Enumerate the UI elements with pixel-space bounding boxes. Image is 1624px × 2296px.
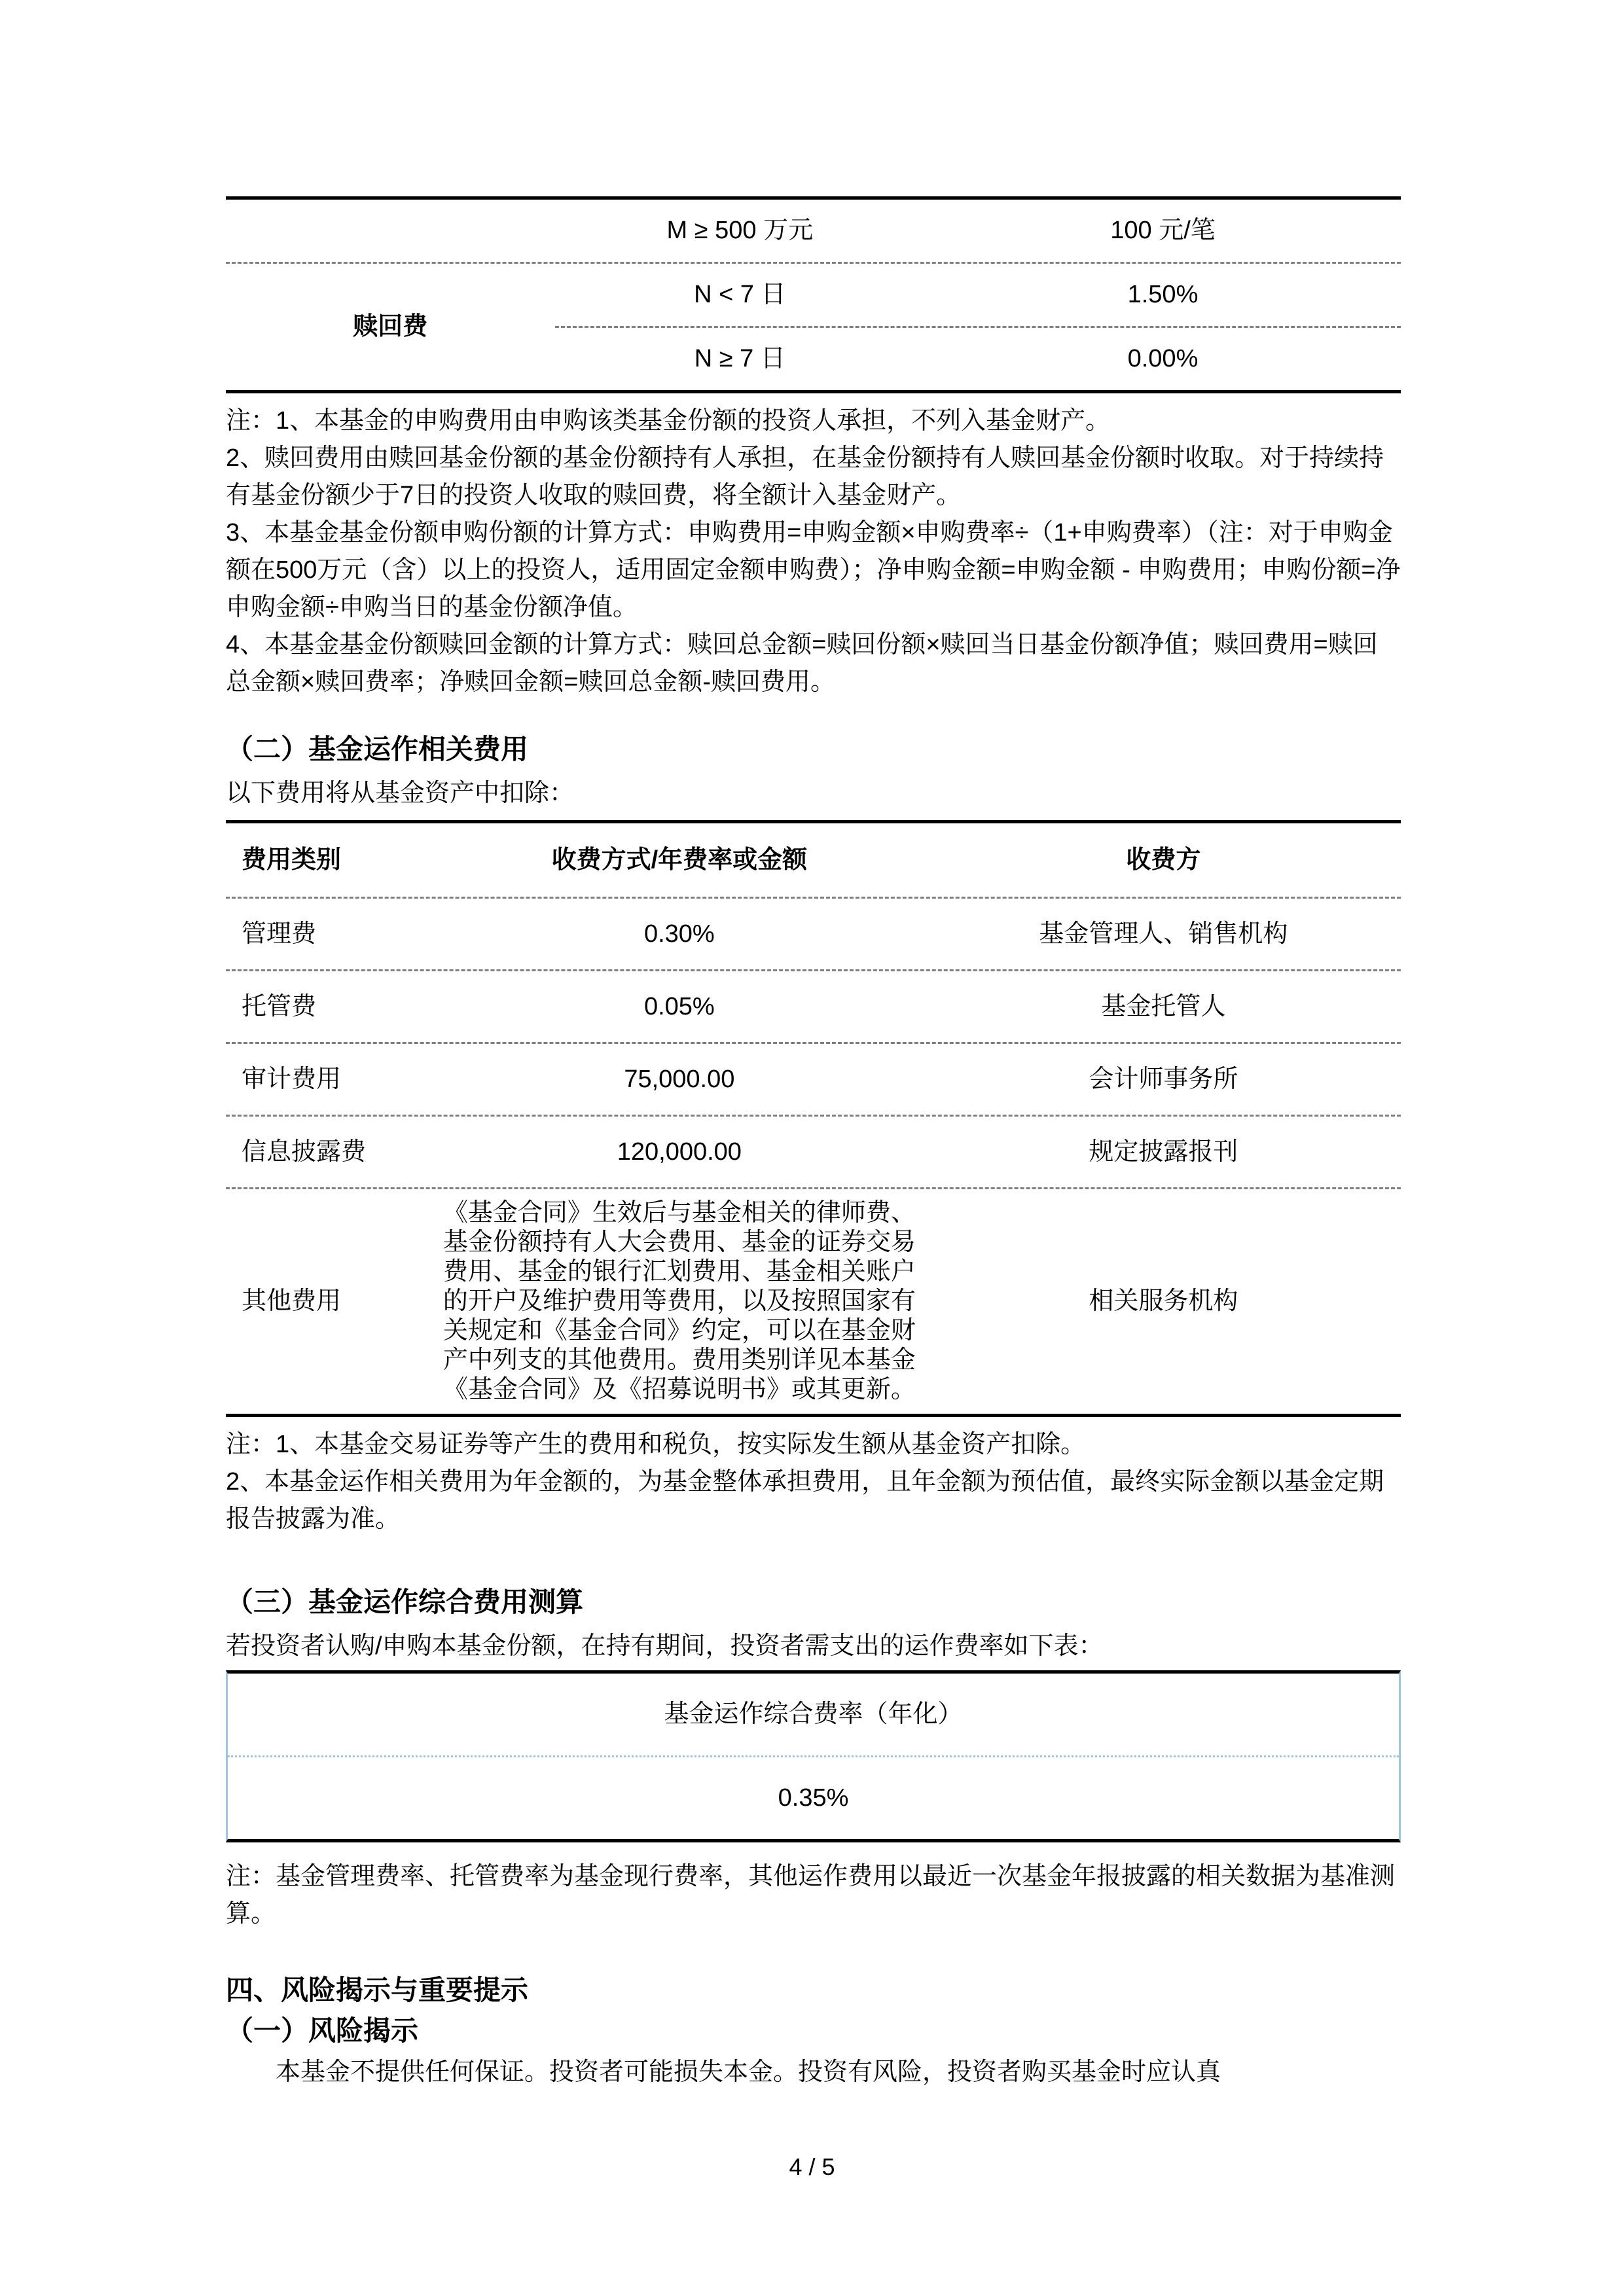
redemption-fee-rows: N < 7 日 1.50% N ≥ 7 日 0.00%: [555, 264, 1401, 390]
table-row-redemption-short: N < 7 日 1.50%: [555, 264, 1401, 326]
fee-category: 托管费: [226, 988, 433, 1026]
page-number: 4 / 5: [0, 2153, 1624, 2181]
comprehensive-fee-note: 注：基金管理费率、托管费率为基金现行费率，其他运作费用以最近一次基金年报披露的相…: [226, 1858, 1401, 1933]
fee-payee: 会计师事务所: [926, 1061, 1401, 1098]
note-line: 注：1、本基金交易证券等产生的费用和税负，按实际发生额从基金资产扣除。: [226, 1426, 1401, 1463]
fee-category: 其他费用: [226, 1283, 433, 1320]
document-content: M ≥ 500 万元 100 元/笔 赎回费 N < 7 日 1.50% N ≥…: [226, 196, 1401, 2091]
table-row-audit-fee: 审计费用 75,000.00 会计师事务所: [226, 1044, 1401, 1117]
purchase-fee-value: 100 元/笔: [925, 212, 1401, 249]
fee-rate: 75,000.00: [433, 1061, 926, 1098]
section-title-operation-fees: （二）基金运作相关费用: [226, 731, 1401, 767]
purchase-redemption-fee-table: M ≥ 500 万元 100 元/笔 赎回费 N < 7 日 1.50% N ≥…: [226, 196, 1401, 393]
redemption-condition: N < 7 日: [555, 276, 925, 314]
redemption-fee-rowgroup: 赎回费 N < 7 日 1.50% N ≥ 7 日 0.00%: [226, 264, 1401, 390]
document-page: M ≥ 500 万元 100 元/笔 赎回费 N < 7 日 1.50% N ≥…: [0, 0, 1624, 2296]
fee-category: 管理费: [226, 916, 433, 953]
fee-rate: 0.05%: [433, 988, 926, 1026]
fee-category: 审计费用: [226, 1061, 433, 1098]
table-row-other-fees: 其他费用 《基金合同》生效后与基金相关的律师费、基金份额持有人大会费用、基金的证…: [226, 1189, 1401, 1414]
note-line: 2、赎回费用由赎回基金份额的基金份额持有人承担，在基金份额持有人赎回基金份额时收…: [226, 440, 1401, 514]
fee-payee: 基金托管人: [926, 988, 1401, 1026]
fee-rate: 0.30%: [433, 916, 926, 953]
table-row-purchase-fixed-fee: M ≥ 500 万元 100 元/笔: [226, 200, 1401, 264]
section-subtitle-risk-disclosure: （一）风险揭示: [226, 2015, 1401, 2047]
table-row-custody-fee: 托管费 0.05% 基金托管人: [226, 971, 1401, 1044]
section-intro-comprehensive-fee: 若投资者认购/申购本基金份额，在持有期间，投资者需支出的运作费率如下表：: [226, 1628, 1401, 1665]
fee-category: 信息披露费: [226, 1134, 433, 1171]
header-fee-payee: 收费方: [926, 842, 1401, 879]
purchase-redemption-notes: 注：1、本基金的申购费用由申购该类基金份额的投资人承担，不列入基金财产。 2、赎…: [226, 403, 1401, 701]
table-row-disclosure-fee: 信息披露费 120,000.00 规定披露报刊: [226, 1117, 1401, 1189]
table-row-redemption-long: N ≥ 7 日 0.00%: [555, 326, 1401, 390]
redemption-condition: N ≥ 7 日: [555, 340, 925, 378]
header-fee-category: 费用类别: [226, 842, 433, 879]
redemption-rate: 0.00%: [925, 340, 1401, 378]
section-title-comprehensive-fee: （三）基金运作综合费用测算: [226, 1584, 1401, 1620]
fee-payee: 规定披露报刊: [926, 1134, 1401, 1171]
operation-fees-table: 费用类别 收费方式/年费率或金额 收费方 管理费 0.30% 基金管理人、销售机…: [226, 820, 1401, 1417]
table-header-row: 费用类别 收费方式/年费率或金额 收费方: [226, 823, 1401, 899]
redemption-rate: 1.50%: [925, 276, 1401, 314]
note-line: 4、本基金基金份额赎回金额的计算方式：赎回总金额=赎回份额×赎回当日基金份额净值…: [226, 626, 1401, 701]
section-intro-operation-fees: 以下费用将从基金资产中扣除：: [226, 775, 1401, 812]
fee-payee: 相关服务机构: [926, 1283, 1401, 1320]
risk-disclosure-body: 本基金不提供任何保证。投资者可能损失本金。投资有风险，投资者购买基金时应认真: [226, 2054, 1401, 2091]
fee-payee: 基金管理人、销售机构: [926, 916, 1401, 953]
note-line: 3、本基金基金份额申购份额的计算方式：申购费用=申购金额×申购费率÷（1+申购费…: [226, 514, 1401, 626]
note-line: 2、本基金运作相关费用为年金额的，为基金整体承担费用，且年金额为预估值，最终实际…: [226, 1463, 1401, 1538]
table-row-management-fee: 管理费 0.30% 基金管理人、销售机构: [226, 899, 1401, 971]
section-title-risk: 四、风险揭示与重要提示: [226, 1972, 1401, 2008]
operation-fees-notes: 注：1、本基金交易证券等产生的费用和税负，按实际发生额从基金资产扣除。 2、本基…: [226, 1426, 1401, 1538]
fee-description: 《基金合同》生效后与基金相关的律师费、基金份额持有人大会费用、基金的证券交易费用…: [433, 1189, 926, 1414]
comprehensive-fee-header: 基金运作综合费率（年化）: [228, 1674, 1399, 1757]
fee-rate: 120,000.00: [433, 1134, 926, 1171]
comprehensive-fee-table: 基金运作综合费率（年化） 0.35%: [226, 1670, 1401, 1842]
redemption-fee-label: 赎回费: [226, 264, 555, 390]
purchase-condition: M ≥ 500 万元: [555, 212, 925, 249]
note-line: 注：1、本基金的申购费用由申购该类基金份额的投资人承担，不列入基金财产。: [226, 403, 1401, 440]
header-fee-rate: 收费方式/年费率或金额: [433, 842, 926, 879]
comprehensive-fee-value: 0.35%: [228, 1757, 1399, 1839]
